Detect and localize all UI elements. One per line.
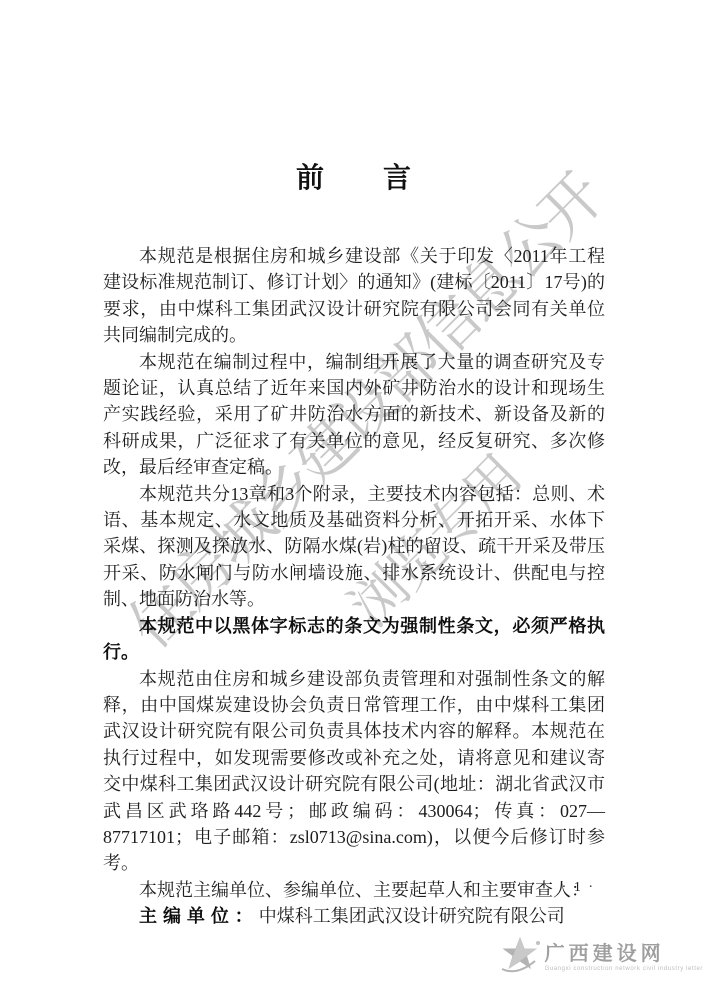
page-number: · 1 ·	[562, 880, 595, 896]
site-logo-tagline: Guangxi construction network civil indus…	[545, 965, 703, 973]
chief-editor-value: 中煤科工集团武汉设计研究院有限公司	[259, 906, 565, 926]
site-logo-name: 广西建设网	[545, 944, 665, 964]
paragraph: 本规范在编制过程中，编制组开展了大量的调查研究及专题论证，认真总结了近年来国内外…	[103, 349, 605, 481]
paragraph: 本规范共分13章和3个附录，主要技术内容包括：总则、术语、基本规定、水文地质及基…	[103, 481, 605, 613]
paragraph: 本规范由住房和城乡建设部负责管理和对强制性条文的解释，由中国煤炭建设协会负责日常…	[103, 666, 605, 877]
star-swoosh-icon	[498, 934, 542, 983]
document-body: 本规范是根据住房和城乡建设部《关于印发〈2011年工程建设标准规范制订、修订计划…	[103, 243, 605, 930]
paragraph: 本规范主编单位、参编单位、主要起草人和主要审查人：	[103, 877, 605, 903]
document-page: 住房城乡建设部信息公开 浏览专用 前 言 本规范是根据住房和城乡建设部《关于印发…	[0, 0, 707, 991]
site-logo-text: 广西建设网 Guangxi construction network civil…	[545, 944, 703, 973]
site-logo: 广西建设网 Guangxi construction network civil…	[498, 934, 703, 983]
paragraph: 本规范是根据住房和城乡建设部《关于印发〈2011年工程建设标准规范制订、修订计划…	[103, 243, 605, 349]
page-title: 前 言	[103, 156, 605, 196]
chief-editor-line: 主编单位：中煤科工集团武汉设计研究院有限公司	[103, 903, 605, 929]
mandatory-clause-paragraph: 本规范中以黑体字标志的条文为强制性条文，必须严格执行。	[103, 613, 605, 666]
chief-editor-label: 主编单位：	[139, 906, 259, 926]
